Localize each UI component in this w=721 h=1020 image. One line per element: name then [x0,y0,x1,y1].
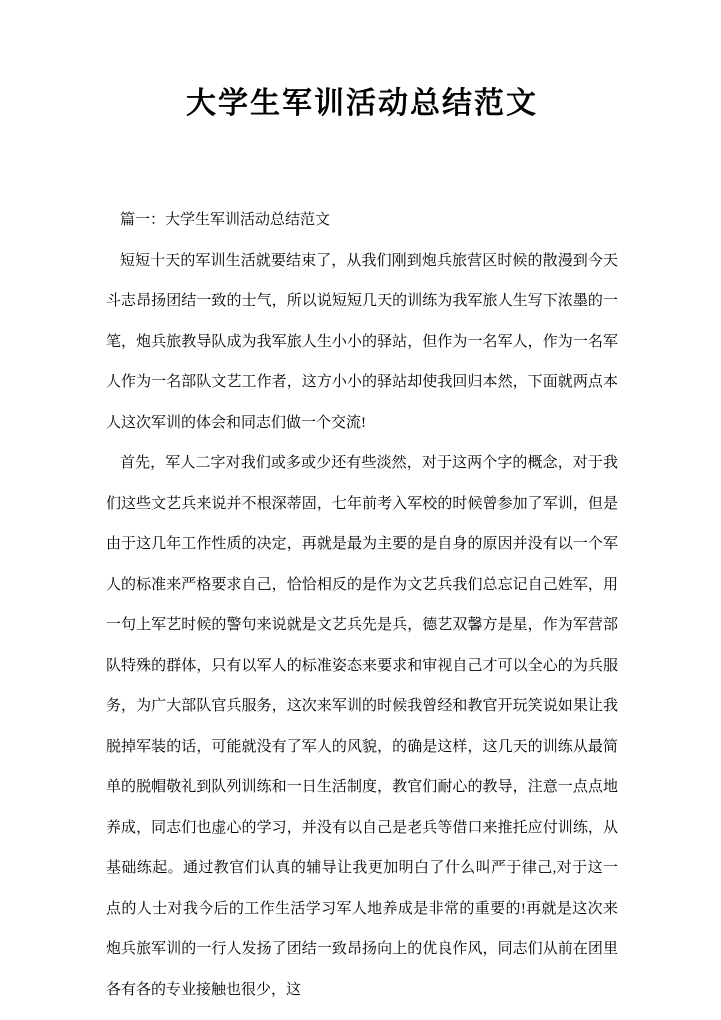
document-body: 篇一：大学生军训活动总结范文 短短十天的军训生活就要结束了，从我们刚到炮兵旅营区… [106,200,618,1010]
paragraph-1: 短短十天的军训生活就要结束了，从我们刚到炮兵旅营区时候的散漫到今天斗志昂扬团结一… [106,241,618,444]
section-heading: 篇一：大学生军训活动总结范文 [106,200,618,241]
document-title: 大学生军训活动总结范文 [106,86,618,122]
document-page: 大学生军训活动总结范文 篇一：大学生军训活动总结范文 短短十天的军训生活就要结束… [0,0,721,1020]
paragraph-2: 首先，军人二字对我们或多或少还有些淡然，对于这两个字的概念，对于我们这些文艺兵来… [106,443,618,1010]
